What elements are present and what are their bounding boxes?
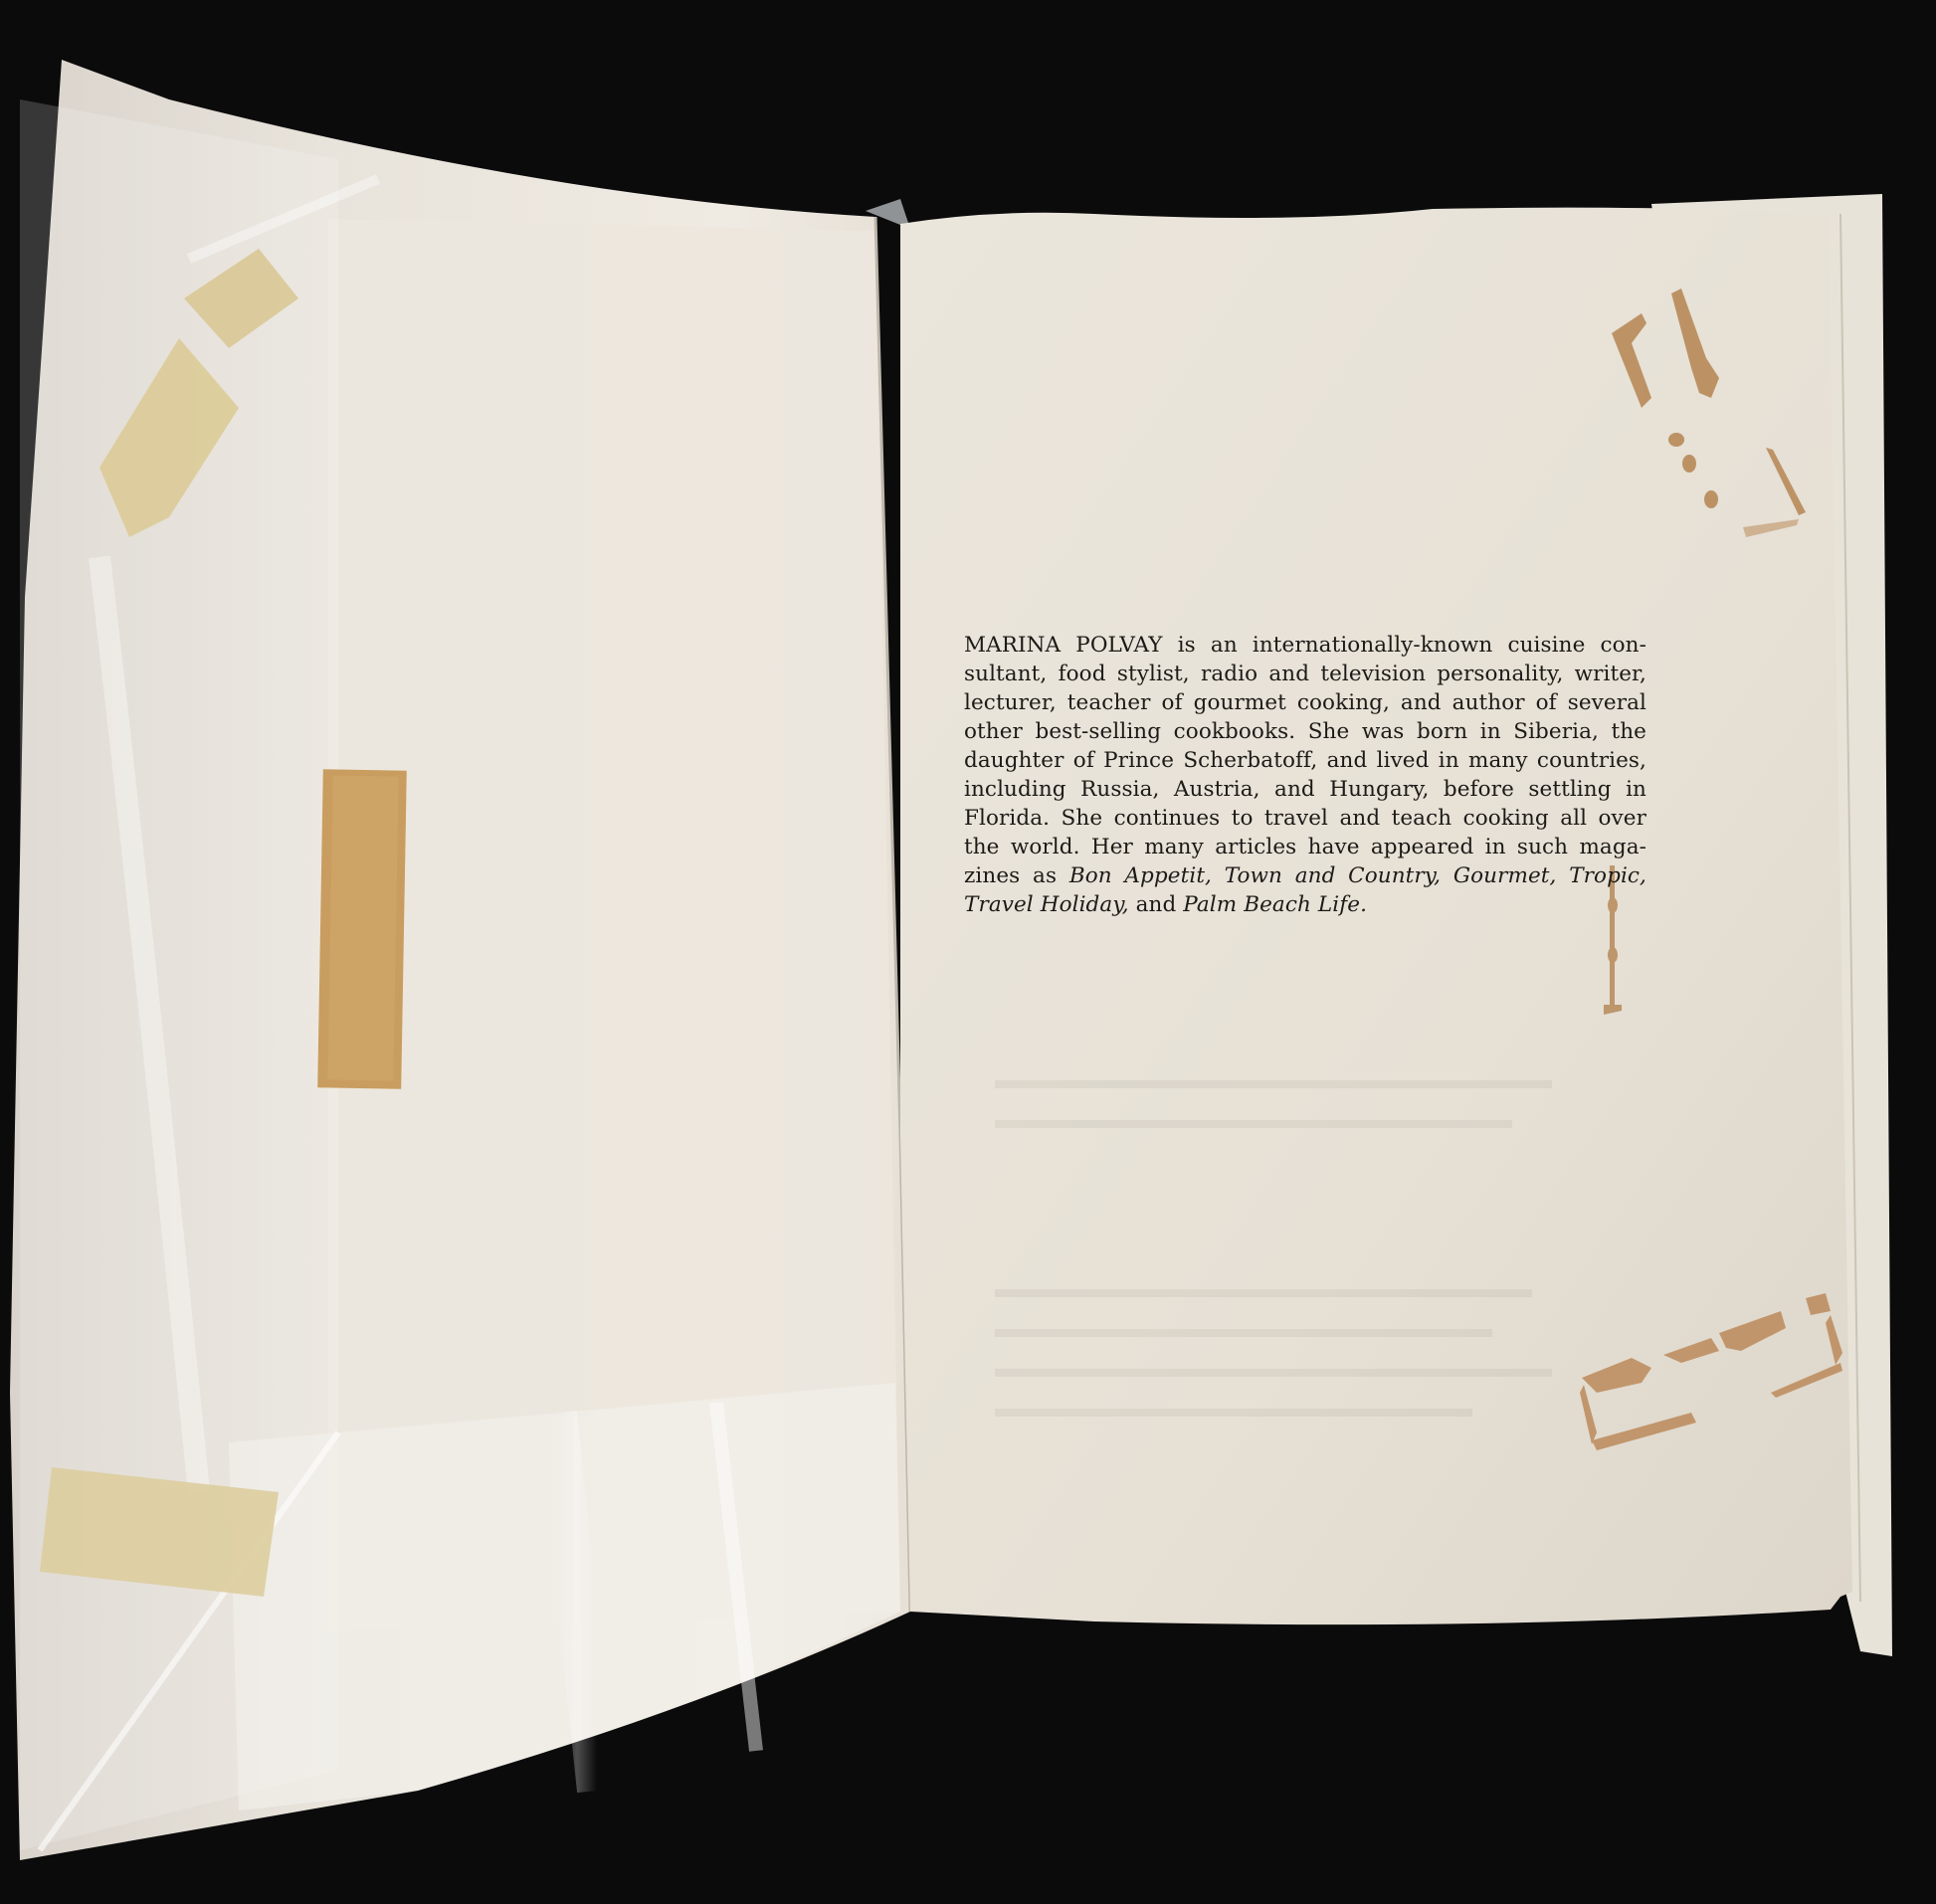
bio-line: daughter of Prince Scherbatoff, and live…: [964, 746, 1646, 775]
magazine-title: Travel Holiday,: [964, 892, 1129, 917]
photo-scene: MARINA POLVAY is an internationally-know…: [0, 0, 1936, 1904]
bio-line: zines as Bon Appetit, Town and Country, …: [964, 861, 1646, 890]
magazine-title: Gourmet,: [1453, 863, 1557, 888]
bio-text: and: [1129, 892, 1184, 917]
magazine-title: Bon Appetit,: [1069, 863, 1212, 888]
bio-line: lecturer, teacher of gourmet cooking, an…: [964, 688, 1646, 717]
bio-line: other best-selling cookbooks. She was bo…: [964, 717, 1646, 746]
magazine-title: Tropic,: [1569, 863, 1646, 888]
bio-line: Travel Holiday, and Palm Beach Life.: [964, 890, 1646, 919]
bio-line: including Russia, Austria, and Hungary, …: [964, 775, 1646, 804]
magazine-title: Palm Beach Life.: [1183, 892, 1367, 917]
bio-line: the world. Her many articles have appear…: [964, 833, 1646, 861]
open-book: [0, 0, 1936, 1904]
bio-line: MARINA POLVAY is an internationally-know…: [964, 631, 1646, 660]
author-biography: MARINA POLVAY is an internationally-know…: [964, 631, 1646, 919]
left-page: [10, 60, 910, 1860]
magazine-title: Town and Country,: [1225, 863, 1441, 888]
bio-line: Florida. She continues to travel and tea…: [964, 804, 1646, 833]
bio-text: zines as: [964, 863, 1069, 888]
bio-line: sultant, food stylist, radio and televis…: [964, 660, 1646, 688]
